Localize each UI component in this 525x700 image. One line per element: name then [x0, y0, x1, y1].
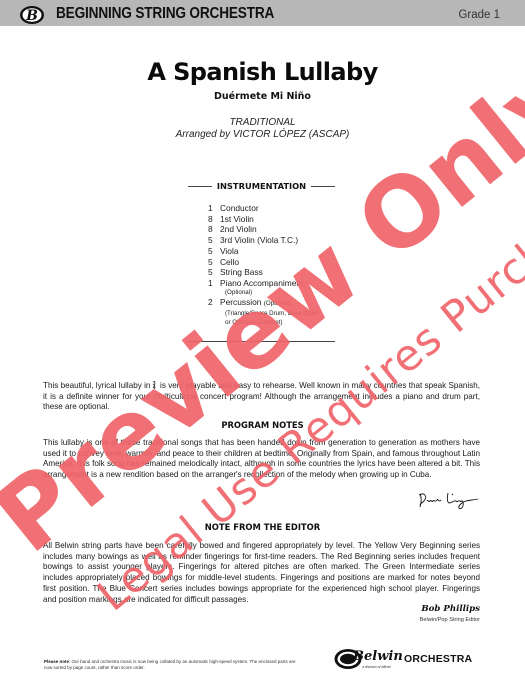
instrument-row: 53rd Violin (Viola T.C.): [208, 235, 318, 246]
instrument-name-text: Cello: [220, 257, 239, 267]
svg-text:B: B: [25, 8, 38, 24]
intro-text-before: This beautiful, lyrical lullaby in: [43, 381, 153, 390]
instrument-name: 2nd Violin: [220, 224, 257, 235]
editor-note-text: All Belwin string parts have been carefu…: [43, 541, 480, 605]
editor-title: Belwin/Pop String Editor: [420, 617, 480, 623]
intro-paragraph: This beautiful, lyrical lullaby in 34 is…: [43, 381, 480, 413]
collation-note: Please note: Our band and orchestra musi…: [44, 659, 304, 671]
instrument-row: 81st Violin: [208, 214, 318, 225]
instrument-note: (Optional): [264, 300, 291, 307]
instrument-quantity: 5: [208, 246, 220, 257]
instrumentation-divider: [188, 341, 335, 342]
instrument-quantity: 8: [208, 224, 220, 235]
instrument-name-text: 3rd Violin (Viola T.C.): [220, 235, 298, 245]
instrument-row: 1Piano Accompaniment: [208, 278, 318, 289]
program-notes-heading: PROGRAM NOTES: [0, 420, 525, 430]
composer-credit: TRADITIONAL: [0, 117, 525, 129]
instrument-row: 5String Bass: [208, 267, 318, 278]
instrument-name: 1st Violin: [220, 214, 254, 225]
piece-subtitle: Duérmete Mi Niño: [0, 91, 525, 103]
instrument-row: 2Percussion (Optional): [208, 297, 318, 310]
signature-icon: [416, 488, 480, 514]
instrumentation-heading: INSTRUMENTATION: [188, 181, 335, 191]
instrument-name: Conductor: [220, 203, 259, 214]
instrument-quantity: 1: [208, 278, 220, 289]
instrumentation-list: 1Conductor81st Violin82nd Violin53rd Vio…: [208, 203, 318, 327]
instrument-row: 5Cello: [208, 257, 318, 268]
belwin-logo-icon: B: [19, 5, 45, 25]
belwin-orchestra-brand: Belwin ORCHESTRA a division of Alfred: [334, 648, 484, 674]
instrumentation-heading-label: INSTRUMENTATION: [217, 181, 306, 191]
heading-rule-right: [311, 186, 335, 187]
instrument-name: Cello: [220, 257, 239, 268]
instrument-row: 1Conductor: [208, 203, 318, 214]
instrument-quantity: 2: [208, 297, 220, 310]
program-notes-text: This lullaby is one of those traditional…: [43, 438, 480, 481]
instrument-row: 5Viola: [208, 246, 318, 257]
instrument-subnote: or Optional Drumset): [208, 319, 318, 328]
instrument-quantity: 5: [208, 257, 220, 268]
instrument-name-text: Percussion: [220, 297, 261, 307]
brand-division: a division of Alfred: [362, 665, 390, 669]
piece-title: A Spanish Lullaby: [0, 58, 525, 86]
instrument-name: Piano Accompaniment: [220, 278, 303, 289]
instrument-subnote: (Triangle/Snare Drum, Bass Drum: [208, 310, 318, 319]
instrument-name-text: 2nd Violin: [220, 224, 257, 234]
instrument-quantity: 1: [208, 203, 220, 214]
brand-belwin: Belwin: [353, 650, 403, 664]
editor-note-heading: NOTE FROM THE EDITOR: [0, 522, 525, 532]
instrument-name: Viola: [220, 246, 238, 257]
instrument-name: 3rd Violin (Viola T.C.): [220, 235, 298, 246]
instrument-quantity: 8: [208, 214, 220, 225]
instrument-quantity: 5: [208, 267, 220, 278]
instrument-name: Percussion (Optional): [220, 297, 291, 310]
instrument-name-text: Conductor: [220, 203, 259, 213]
series-title: BEGINNING STRING ORCHESTRA: [56, 6, 274, 22]
collation-note-text: : Our band and orchestra music is now be…: [44, 659, 296, 670]
arranger-credit: Arranged by VICTOR LÓPEZ (ASCAP): [0, 129, 525, 141]
grade-label: Grade 1: [458, 8, 500, 22]
instrument-name: String Bass: [220, 267, 263, 278]
instrument-name-text: String Bass: [220, 267, 263, 277]
editor-name: Bob Phillips: [421, 604, 480, 614]
instrument-name-text: Piano Accompaniment: [220, 278, 303, 288]
instrument-quantity: 5: [208, 235, 220, 246]
heading-rule-left: [188, 186, 212, 187]
collation-note-label: Please note: [44, 659, 69, 664]
instrument-name-text: 1st Violin: [220, 214, 254, 224]
time-signature-bottom: 4: [153, 385, 156, 391]
instrument-row: 82nd Violin: [208, 224, 318, 235]
instrument-subnote: (Optional): [208, 289, 318, 298]
brand-orchestra: ORCHESTRA: [404, 653, 472, 665]
instrument-name-text: Viola: [220, 246, 238, 256]
series-header-band: B BEGINNING STRING ORCHESTRA Grade 1: [0, 0, 525, 26]
